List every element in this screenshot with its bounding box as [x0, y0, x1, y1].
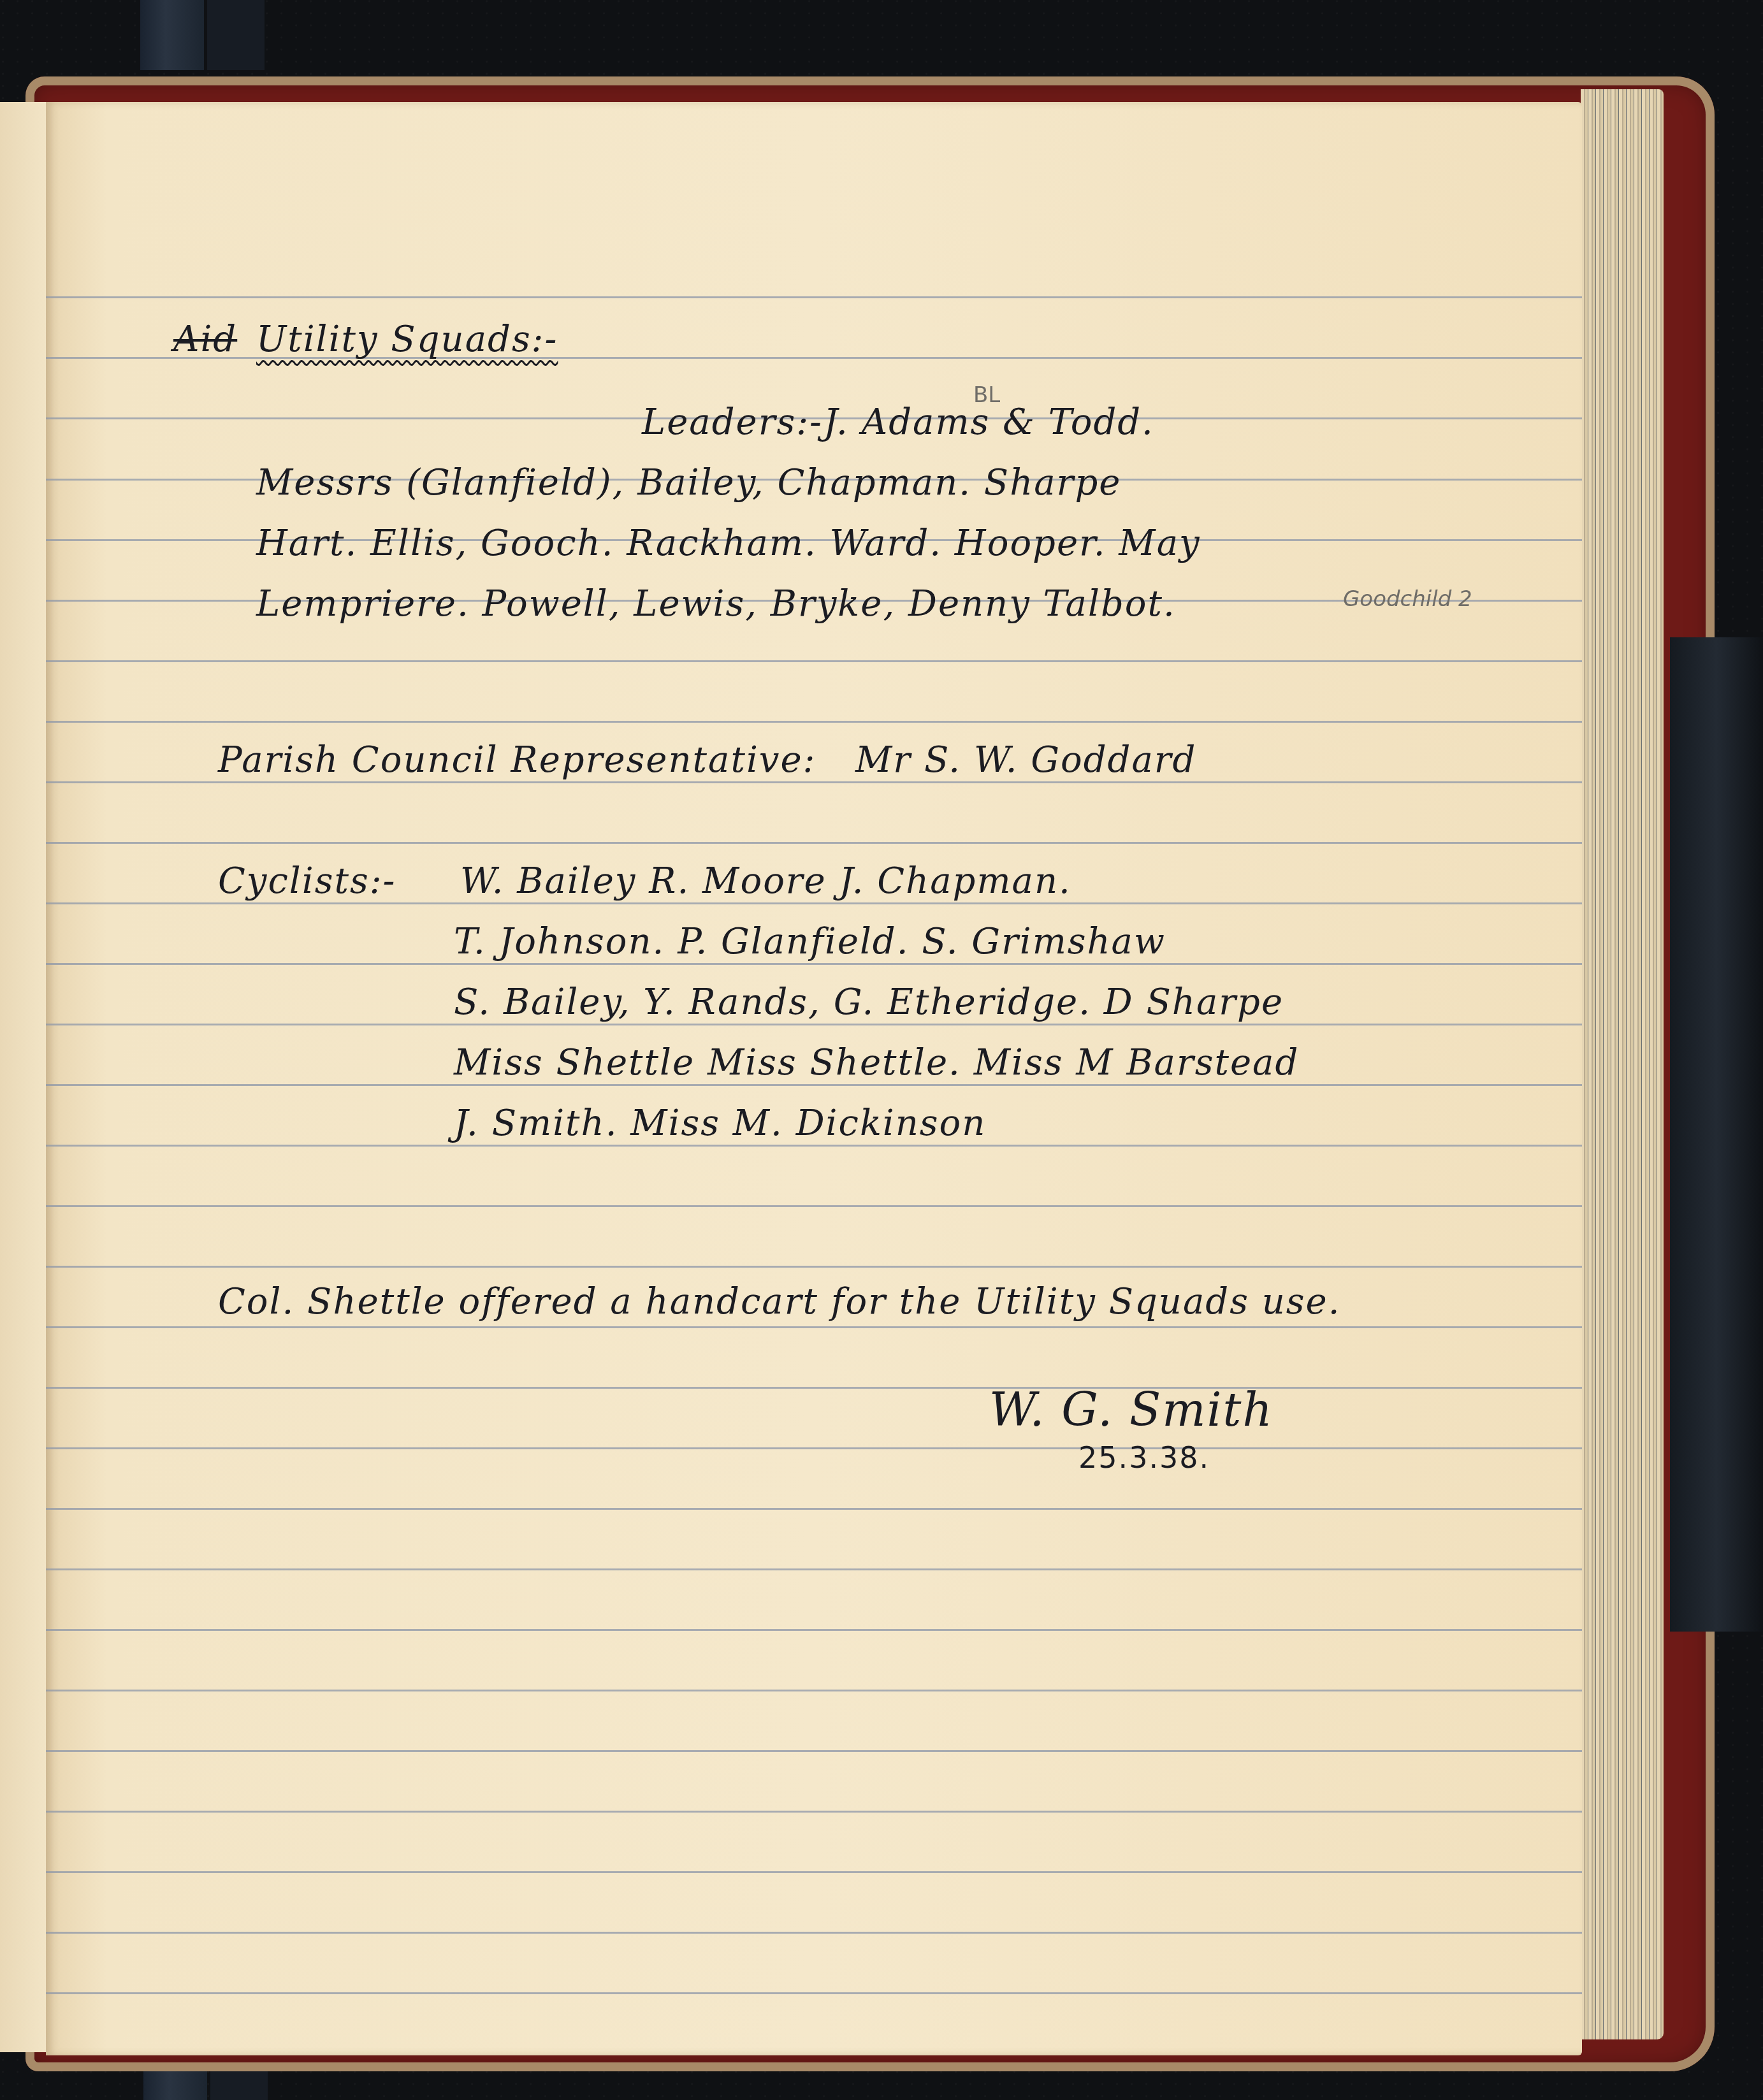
- cyclist-line: J. Smith. Miss M. Dickinson: [454, 1103, 986, 1144]
- member-line: Lempriere. Powell, Lewis, Bryke, Denny T…: [256, 583, 1176, 625]
- cyclist-line: S. Bailey, Y. Rands, G. Etheridge. D Sha…: [454, 981, 1284, 1023]
- cyclist-line: Miss Shettle Miss Shettle. Miss M Barste…: [454, 1042, 1299, 1083]
- cyclists-label: Cyclists:-: [218, 860, 396, 902]
- left-page-edge: [0, 102, 51, 2052]
- struck-heading-word: Aid: [173, 319, 237, 360]
- cyclist-line: W. Bailey R. Moore J. Chapman.: [460, 860, 1071, 902]
- binding-tape: [140, 0, 204, 70]
- leaders-label: Leaders:-: [642, 402, 823, 443]
- parish-council-label: Parish Council Representative:: [218, 739, 816, 781]
- handcart-note: Col. Shettle offered a handcart for the …: [218, 1281, 1340, 1322]
- leaders-names: J. Adams & Todd.: [823, 402, 1154, 443]
- parish-council-name: Mr S. W. Goddard: [855, 739, 1196, 781]
- member-line: Messrs (Glanfield), Bailey, Chapman. Sha…: [256, 462, 1121, 503]
- cyclist-line: T. Johnson. P. Glanfield. S. Grimshaw: [454, 921, 1166, 962]
- member-line: Hart. Ellis, Gooch. Rackham. Ward. Hoope…: [256, 523, 1201, 564]
- cover-cloth: [1670, 637, 1763, 1632]
- binding-tape: [207, 0, 265, 70]
- page-edges: [1581, 89, 1664, 2039]
- signature: W. G. Smith: [989, 1383, 1273, 1437]
- pencil-addition: Goodchild 2: [1343, 586, 1472, 612]
- section-title: Utility Squads:-: [256, 319, 558, 360]
- notebook-page: Aid Utility Squads:- BL Leaders:- J. Ada…: [46, 102, 1582, 2055]
- signature-date: 25.3.38.: [1078, 1440, 1210, 1475]
